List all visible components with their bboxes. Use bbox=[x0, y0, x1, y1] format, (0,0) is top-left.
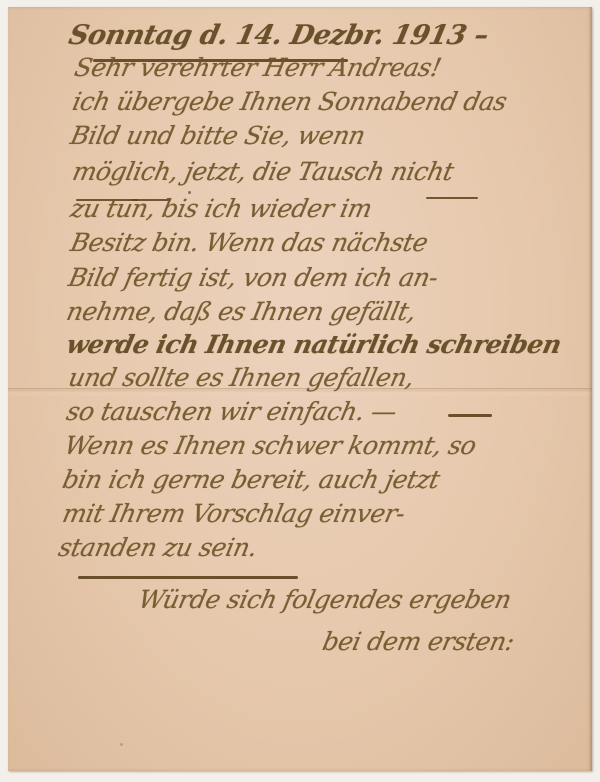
body-line: Bild fertig ist, von dem ich an- bbox=[66, 263, 440, 292]
body-line: Bild und bitte Sie, wenn bbox=[68, 121, 368, 150]
paper-speck bbox=[120, 743, 123, 746]
body-line: werde ich Ihnen natürlich schreiben bbox=[64, 330, 564, 359]
body-line: nehme, daß es Ihnen gefällt, bbox=[64, 297, 419, 326]
closing-line: bei dem ersten: bbox=[320, 627, 517, 656]
body-line: zu tun, bis ich wieder im bbox=[68, 194, 374, 223]
letter-salutation: Sehr verehrter Herr Andreas! bbox=[72, 53, 444, 82]
dash-stroke bbox=[448, 414, 492, 417]
underline-nicht bbox=[426, 197, 478, 199]
body-line: und sollte es Ihnen gefallen, bbox=[66, 363, 417, 392]
paper-edge-shadow bbox=[589, 7, 592, 771]
body-line: Besitz bin. Wenn das nächste bbox=[68, 228, 430, 257]
body-line: mit Ihrem Vorschlag einver- bbox=[60, 499, 407, 528]
letter-date-heading: Sonntag d. 14. Dezbr. 1913 – bbox=[66, 20, 491, 51]
body-line: bin ich gerne bereit, auch jetzt bbox=[60, 465, 442, 494]
body-line: möglich, jetzt, die Tausch nicht bbox=[70, 157, 456, 186]
section-separator bbox=[78, 576, 298, 579]
body-line: standen zu sein. bbox=[56, 533, 260, 562]
letter-sheet: Sonntag d. 14. Dezbr. 1913 – Sehr verehr… bbox=[8, 7, 592, 771]
closing-line: Würde sich folgendes ergeben bbox=[136, 585, 514, 614]
body-line: so tauschen wir einfach. — bbox=[64, 397, 399, 426]
body-line: Wenn es Ihnen schwer kommt, so bbox=[62, 431, 479, 460]
body-line: ich übergebe Ihnen Sonnabend das bbox=[70, 87, 509, 116]
